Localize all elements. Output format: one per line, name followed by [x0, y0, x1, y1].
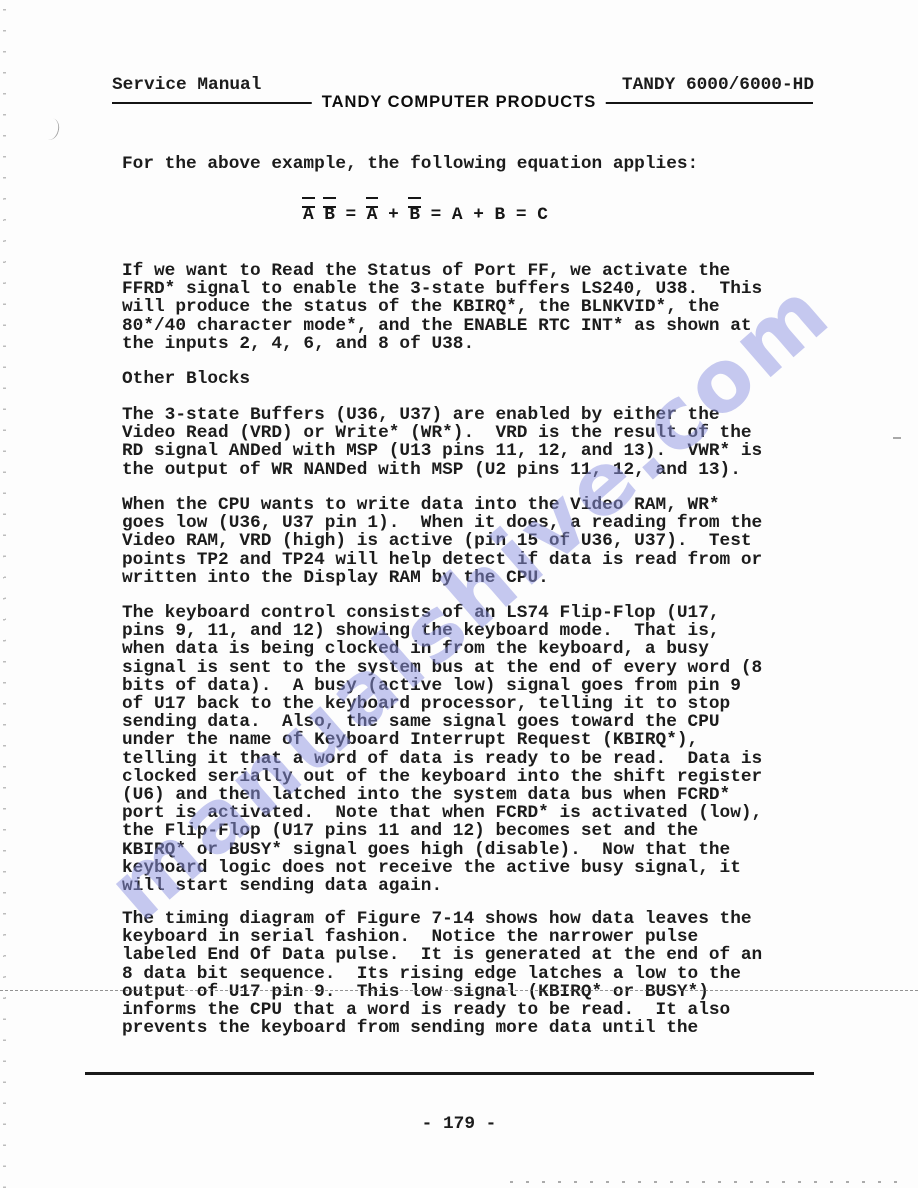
intro-line: For the above example, the following equ… — [122, 155, 698, 173]
equation-equals: = — [346, 207, 357, 224]
paragraph-buffers: The 3-state Buffers (U36, U37) are enabl… — [122, 406, 762, 479]
equation-term-not-a2: A — [367, 197, 378, 224]
heading-other-blocks: Other Blocks — [122, 370, 250, 388]
equation-rhs: A + B = C — [452, 207, 548, 224]
left-edge-scan-noise — [3, 0, 9, 1188]
paragraph-timing: The timing diagram of Figure 7-14 shows … — [122, 910, 762, 1037]
scan-arc-artifact — [40, 116, 62, 141]
scanned-manual-page: Service Manual TANDY 6000/6000-HD TANDY … — [0, 0, 918, 1188]
paragraph-keyboard-control: The keyboard control consists of an LS74… — [122, 604, 762, 895]
footer-rule — [85, 1072, 814, 1075]
bottom-edge-scan-noise — [510, 1181, 910, 1183]
header-left-title: Service Manual — [112, 76, 261, 94]
paragraph-video-ram: When the CPU wants to write data into th… — [122, 496, 762, 587]
equation-equals-2: = — [431, 207, 442, 224]
boolean-equation: AB=A+B=A + B = C — [303, 197, 548, 224]
scan-dash-artifact — [893, 437, 901, 439]
paragraph-port-status: If we want to Read the Status of Port FF… — [122, 262, 762, 353]
equation-term-not-b2: B — [409, 197, 420, 224]
equation-term-not-a: A — [303, 197, 314, 224]
brand-banner: TANDY COMPUTER PRODUCTS — [312, 93, 606, 112]
header-right-title: TANDY 6000/6000-HD — [622, 76, 814, 94]
equation-term-not-b: B — [324, 197, 335, 224]
page-number: - 179 - — [0, 1115, 918, 1133]
equation-plus: + — [388, 207, 399, 224]
scan-fold-line-artifact — [0, 990, 918, 991]
